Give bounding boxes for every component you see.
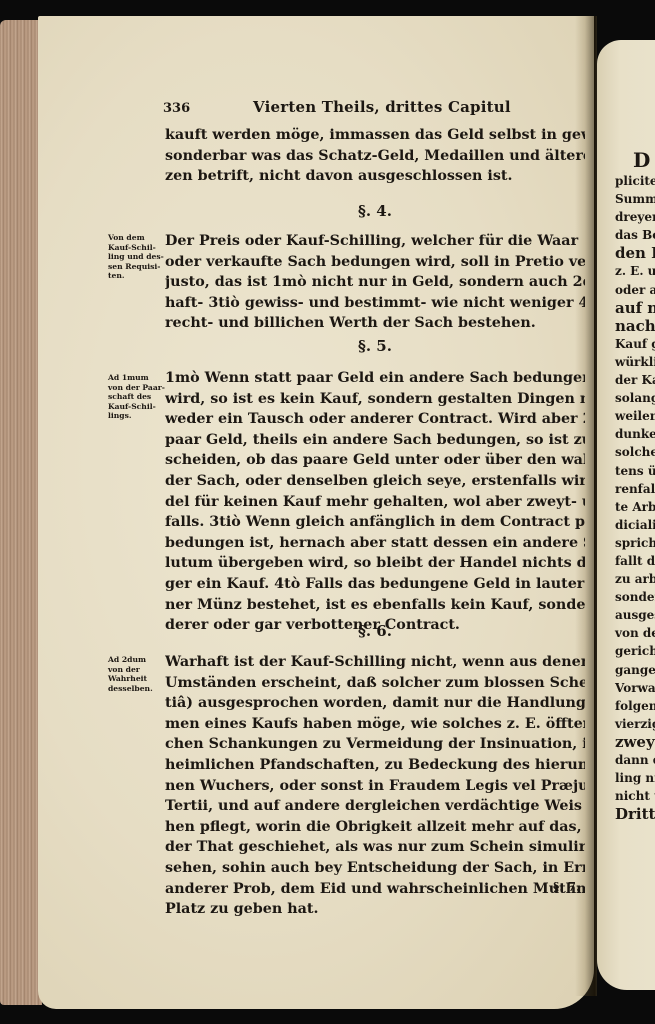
right-page-line-fragment: das Be — [597, 226, 655, 244]
right-page-line-fragment: gangene — [597, 661, 655, 679]
margin-note-line: ling und des- — [108, 252, 164, 262]
right-page-line-fragment: spricht. — [597, 534, 655, 552]
running-head: 336 Vierten Theils, drittes Capitul — [163, 98, 583, 120]
margin-note-line: ten. — [108, 271, 164, 281]
text-line: kauft werden möge, immassen das Geld sel… — [165, 125, 585, 146]
text-line: heimlichen Pfandschaften, zu Bedeckung d… — [165, 755, 585, 776]
right-page-line-fragment: den K — [597, 244, 655, 262]
right-page-line-fragment: Summ — [597, 190, 655, 208]
right-page-text: pliciterSummdreyerledas Beden Kz. E. uio… — [597, 172, 655, 823]
text-line: Platz zu geben hat. — [165, 899, 585, 920]
margin-note-line: Wahrheit — [108, 674, 164, 684]
right-page-line-fragment: fallt der — [597, 552, 655, 570]
text-line: Der Preis oder Kauf-Schilling, welcher f… — [165, 231, 585, 252]
margin-note-line: schaft des — [108, 392, 164, 402]
right-page: D pliciterSummdreyerledas Beden Kz. E. u… — [597, 40, 655, 990]
right-page-line-fragment: tens übe — [597, 462, 655, 480]
text-line: der That geschiehet, als was nur zum Sch… — [165, 837, 585, 858]
right-page-line-fragment: zu arbit — [597, 570, 655, 588]
book-page-edges — [0, 20, 42, 1005]
right-page-line-fragment: folgende — [597, 697, 655, 715]
right-page-line-fragment: zweyte — [597, 733, 655, 751]
right-page-line-fragment: von der — [597, 624, 655, 642]
right-page-line-fragment: dreyerle — [597, 208, 655, 226]
right-page-line-fragment: solches i — [597, 443, 655, 461]
right-page-line-fragment: renfalls — [597, 480, 655, 498]
right-page-line-fragment: oder au — [597, 281, 655, 299]
margin-note-line: Kauf-Schil- — [108, 243, 164, 253]
right-page-line-fragment: auf nä — [597, 299, 655, 317]
text-line: ger ein Kauf. 4tò Falls das bedungene Ge… — [165, 574, 585, 595]
margin-note-line: Ad 2dum — [108, 655, 164, 665]
text-line: paar Geld, theils ein andere Sach bedung… — [165, 430, 585, 451]
margin-note-line: lings. — [108, 411, 164, 421]
text-line: bedungen ist, hernach aber statt dessen … — [165, 533, 585, 554]
text-line: recht- und billichen Werth der Sach best… — [165, 313, 585, 334]
right-page-line-fragment: Kauf g — [597, 335, 655, 353]
right-page-line-fragment: Dritten — [597, 805, 655, 823]
right-page-line-fragment: würklich — [597, 353, 655, 371]
text-line: Umständen erscheint, daß solcher zum blo… — [165, 673, 585, 694]
text-line: sehen, sohin auch bey Entscheidung der S… — [165, 858, 585, 879]
text-line: falls. 3tiò Wenn gleich anfänglich in de… — [165, 512, 585, 533]
right-page-line-fragment: sondern — [597, 588, 655, 606]
section-mark-5: §. 5. — [165, 337, 585, 355]
right-page-line-fragment: solang i — [597, 389, 655, 407]
section-6-text: Warhaft ist der Kauf-Schilling nicht, we… — [165, 652, 585, 920]
right-page-line-fragment: Vorwar — [597, 679, 655, 697]
margin-note-line: desselben. — [108, 684, 164, 694]
text-line: chen Schankungen zu Vermeidung der Insin… — [165, 734, 585, 755]
text-line: scheiden, ob das paare Geld unter oder ü… — [165, 450, 585, 471]
margin-note-line: von der — [108, 665, 164, 675]
section-mark-4: §. 4. — [165, 202, 585, 220]
text-line: Warhaft ist der Kauf-Schilling nicht, we… — [165, 652, 585, 673]
margin-note-section-5: Ad 1mum von der Paar- schaft des Kauf-Sc… — [108, 373, 164, 421]
right-page-line-fragment: diciali, — [597, 516, 655, 534]
text-line: zen betrift, nicht davon ausgeschlossen … — [165, 166, 585, 187]
text-line: anderer Prob, dem Eid und wahrscheinlich… — [165, 879, 585, 900]
right-page-line-fragment: nicht un — [597, 787, 655, 805]
right-page-line-fragment: dann da — [597, 751, 655, 769]
right-page-initial: D — [597, 148, 655, 172]
catchword: §. 7. — [553, 880, 580, 894]
margin-note-line: Von dem — [108, 233, 164, 243]
right-page-line-fragment: weilen — [597, 407, 655, 425]
text-line: 1mò Wenn statt paar Geld ein andere Sach… — [165, 368, 585, 389]
right-page-line-fragment: z. E. ui — [597, 262, 655, 280]
text-line: tiâ) ausgesprochen worden, damit nur die… — [165, 693, 585, 714]
text-line: men eines Kaufs haben möge, wie solches … — [165, 714, 585, 735]
text-line: nen Wuchers, oder sonst in Fraudem Legis… — [165, 776, 585, 797]
text-line: hen pflegt, worin die Obrigkeit allzeit … — [165, 817, 585, 838]
margin-note-section-6: Ad 2dum von der Wahrheit desselben. — [108, 655, 164, 693]
section-mark-6: §. 6. — [165, 622, 585, 640]
margin-note-line: Ad 1mum — [108, 373, 164, 383]
right-page-line-fragment: gerichtli — [597, 642, 655, 660]
text-line: oder verkaufte Sach bedungen wird, soll … — [165, 252, 585, 273]
text-line: weder ein Tausch oder anderer Contract. … — [165, 409, 585, 430]
margin-note-line: Kauf-Schil- — [108, 402, 164, 412]
right-page-line-fragment: ausgeste — [597, 606, 655, 624]
section-4-text: Der Preis oder Kauf-Schilling, welcher f… — [165, 231, 585, 334]
page-number: 336 — [163, 101, 190, 116]
text-line: wird, so ist es kein Kauf, sondern gesta… — [165, 389, 585, 410]
running-head-title: Vierten Theils, drittes Capitul — [253, 98, 511, 116]
text-line: justo, das ist 1mò nicht nur in Geld, so… — [165, 272, 585, 293]
right-page-line-fragment: nach f — [597, 317, 655, 335]
right-page-line-fragment: te Arbit — [597, 498, 655, 516]
right-page-line-fragment: vierzig o — [597, 715, 655, 733]
section-5-text: 1mò Wenn statt paar Geld ein andere Sach… — [165, 368, 585, 636]
text-line: del für keinen Kauf mehr gehalten, wol a… — [165, 492, 585, 513]
text-line: haft- 3tiò gewiss- und bestimmt- wie nic… — [165, 293, 585, 314]
margin-note-section-4: Von dem Kauf-Schil- ling und des- sen Re… — [108, 233, 164, 281]
text-line: der Sach, oder denselben gleich seye, er… — [165, 471, 585, 492]
margin-note-line: von der Paar- — [108, 383, 164, 393]
right-page-line-fragment: ling nic — [597, 769, 655, 787]
opening-paragraph: kauft werden möge, immassen das Geld sel… — [165, 125, 585, 187]
right-page-line-fragment: dunken — [597, 425, 655, 443]
text-line: Tertii, und auf andere dergleichen verdä… — [165, 796, 585, 817]
text-line: ner Münz bestehet, ist es ebenfalls kein… — [165, 595, 585, 616]
right-page-line-fragment: der Kau — [597, 371, 655, 389]
text-line: sonderbar was das Schatz-Geld, Medaillen… — [165, 146, 585, 167]
right-page-line-fragment: pliciter — [597, 172, 655, 190]
margin-note-line: sen Requisi- — [108, 262, 164, 272]
text-line: lutum übergeben wird, so bleibt der Hand… — [165, 553, 585, 574]
